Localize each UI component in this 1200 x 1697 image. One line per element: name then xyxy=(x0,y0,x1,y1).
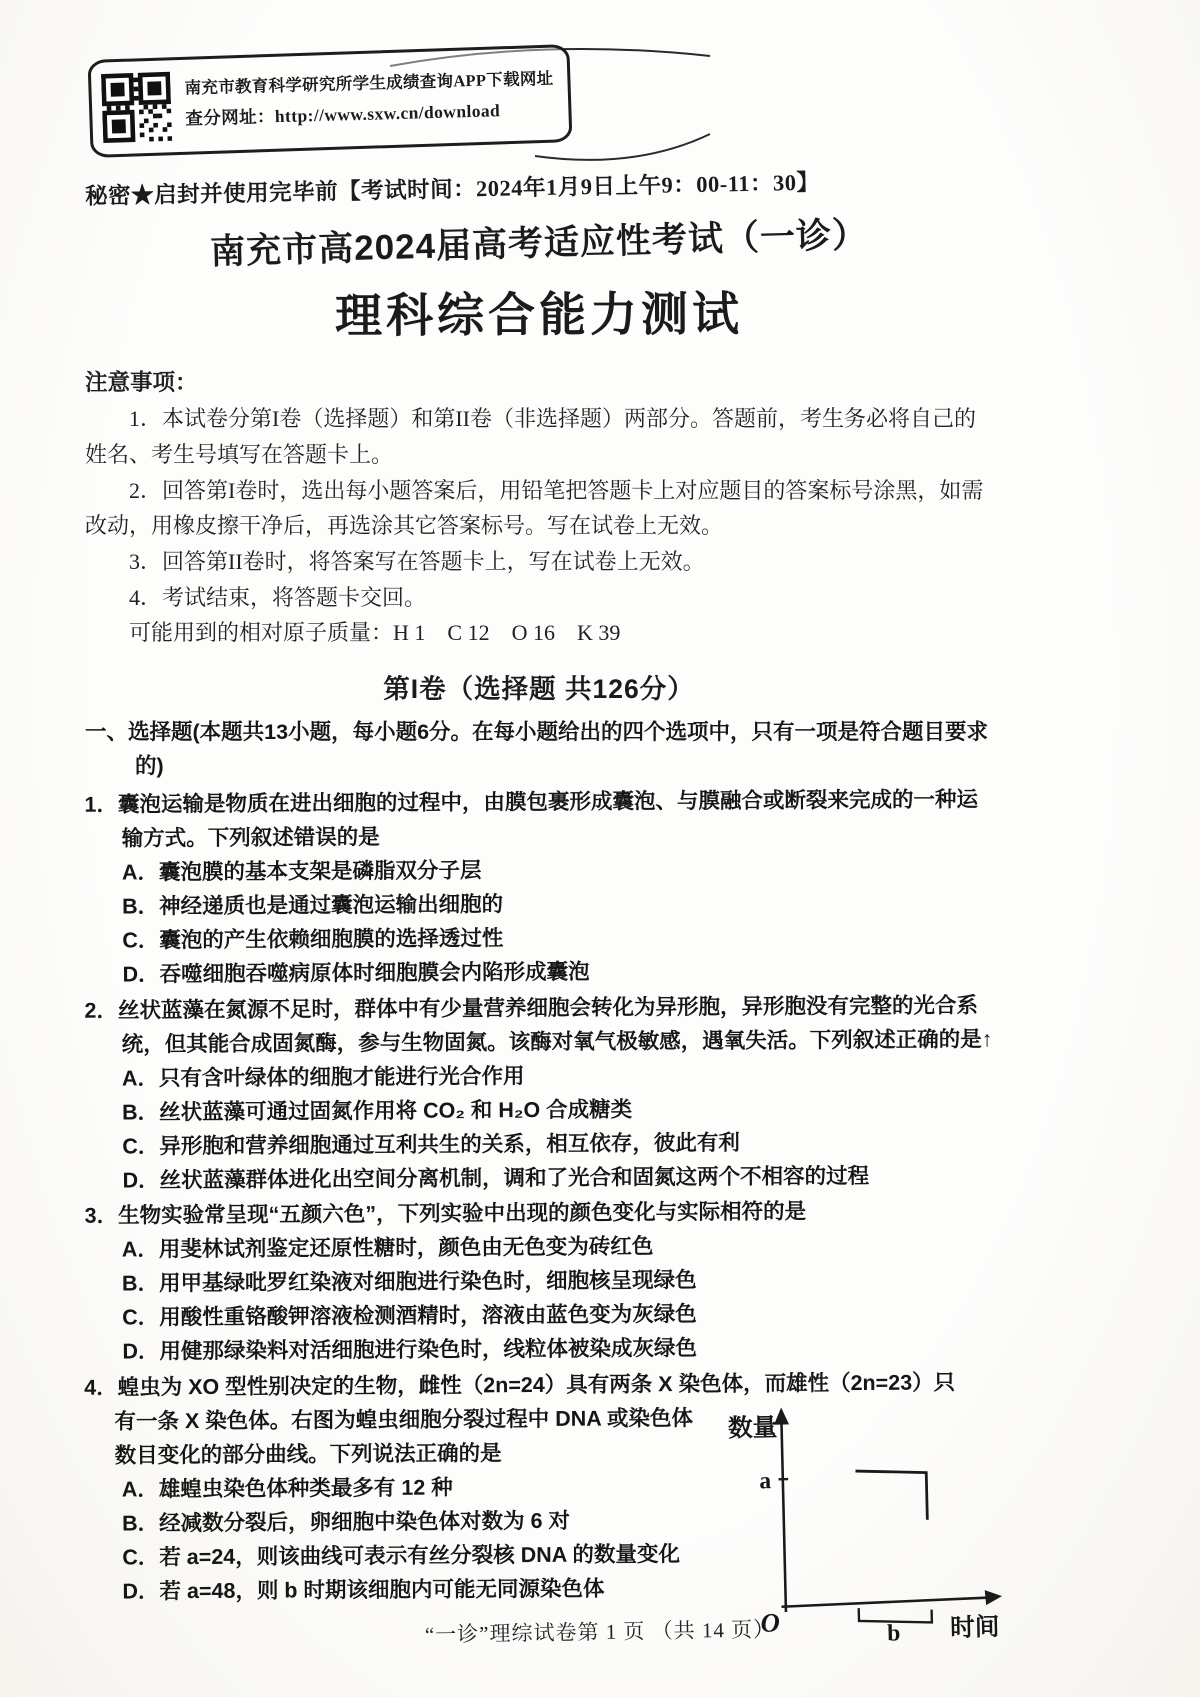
secrecy-exam-time-line: 秘密★启封并使用完毕前【考试时间：2024年1月9日上午9：00-11：30】 xyxy=(85,161,993,210)
section-heading: 第I卷（选择题 共126分） xyxy=(85,667,993,706)
question-number: 3． xyxy=(85,1204,119,1228)
qr-box-text: 南充市教育科学研究所学生成绩查询APP下载网址 查分网址：http://www.… xyxy=(184,64,554,135)
exam-title: 南充市高2024届高考适应性考试（一诊） xyxy=(85,204,994,278)
option-d: D．吞噬细胞吞噬病原体时细胞膜会内陷形成囊泡 xyxy=(85,953,993,993)
dna-count-curve xyxy=(855,1470,927,1522)
option-b: B．丝状蓝藻可通过固氮作用将 CO₂ 和 H₂O 合成糖类 xyxy=(85,1091,993,1131)
notice-item-4: 4．考试结束，将答题卡交回。 xyxy=(85,580,993,616)
multiple-choice-section: 一、选择题(本题共13小题，每小题6分。在每小题给出的四个选项中，只有一项是符合… xyxy=(85,716,993,1655)
section-intro: 一、选择题(本题共13小题，每小题6分。在每小题给出的四个选项中，只有一项是符合… xyxy=(85,716,993,784)
question-stem-text: 蝗虫为 XO 型性别决定的生物，雌性（2n=24）具有两条 X 染色体，而雄性（… xyxy=(118,1371,956,1400)
question-stem-continued: 有一条 X 染色体。右图为蝗虫细胞分裂过程中 DNA 或染色体数目变化的部分曲线… xyxy=(84,1402,696,1474)
question-stem: 2．丝状蓝藻在氮源不足时，群体中有少量营养细胞会转化为异形胞，异形胞没有完整的光… xyxy=(84,989,992,1062)
figure-ytick-label: a xyxy=(759,1468,772,1494)
question-stem: 1．囊泡运输是物质在进出细胞的过程中，由膜包裹形成囊泡、与膜融合或断裂来完成的一… xyxy=(84,783,992,856)
x-axis xyxy=(781,1598,989,1607)
qr-code-icon xyxy=(101,68,172,146)
question-stem-text: 囊泡运输是物质在进出细胞的过程中，由膜包裹形成囊泡、与膜融合或断裂来完成的一种运… xyxy=(118,787,978,850)
x-axis-arrow xyxy=(985,1590,1002,1605)
option-c: C．囊泡的产生依赖细胞膜的选择透过性 xyxy=(85,919,993,959)
y-axis xyxy=(781,1421,786,1613)
atomic-mass-line: 可能用到的相对原子质量：H 1 C 12 O 16 K 39 xyxy=(85,615,993,651)
notice-item-3: 3．回答第II卷时，将答案写在答题卡上，写在试卷上无效。 xyxy=(85,544,993,580)
qr-box-area: 南充市教育科学研究所学生成绩查询APP下载网址 查分网址：http://www.… xyxy=(85,52,993,150)
notice-heading: 注意事项： xyxy=(85,365,993,401)
subject-title: 理科综合能力测试 xyxy=(85,276,993,348)
question-3: 3．生物实验常呈现“五颜六色”，下列实验中出现的颜色变化与实际相符的是 A．用斐… xyxy=(84,1195,993,1370)
option-a: A．囊泡膜的基本支架是磷脂双分子层 xyxy=(85,851,993,891)
notice-item-2: 2．回答第I卷时，选出每小题答案后，用铅笔把答题卡上对应题目的答案标号涂黑，如需… xyxy=(85,473,993,544)
figure-y-label: 数量 xyxy=(728,1414,778,1443)
option-a: A．只有含叶绿体的细胞才能进行光合作用 xyxy=(85,1057,993,1097)
option-c: C．异形胞和营养细胞通过互利共生的关系，相互依存，彼此有利 xyxy=(85,1125,993,1165)
question-stem-text: 丝状蓝藻在氮源不足时，群体中有少量营养细胞会转化为异形胞，异形胞没有完整的光合系… xyxy=(118,993,993,1056)
option-d: D．用健那绿染料对活细胞进行染色时，线粒体被染成灰绿色 xyxy=(85,1330,993,1370)
question-2: 2．丝状蓝藻在氮源不足时，群体中有少量营养细胞会转化为异形胞，异形胞没有完整的光… xyxy=(84,989,993,1198)
option-d: D．丝状蓝藻群体进化出空间分离机制，调和了光合和固氮这两个不相容的过程 xyxy=(85,1159,993,1199)
question-number: 4． xyxy=(84,1376,118,1400)
question-stem-text: 生物实验常呈现“五颜六色”，下列实验中出现的颜色变化与实际相符的是 xyxy=(118,1200,806,1228)
qr-box: 南充市教育科学研究所学生成绩查询APP下载网址 查分网址：http://www.… xyxy=(88,44,573,158)
question-1: 1．囊泡运输是物质在进出细胞的过程中，由膜包裹形成囊泡、与膜融合或断裂来完成的一… xyxy=(84,783,993,992)
dna-quantity-time-chart: 数量 a O b 时间 xyxy=(727,1398,1028,1646)
notice-block: 注意事项： 1．本试卷分第I卷（选择题）和第II卷（非选择题）两部分。答题前，考… xyxy=(85,365,993,651)
notice-item-1: 1．本试卷分第I卷（选择题）和第II卷（非选择题）两部分。答题前，考生务必将自己… xyxy=(85,401,993,472)
page-content: 南充市教育科学研究所学生成绩查询APP下载网址 查分网址：http://www.… xyxy=(85,52,993,1655)
option-b: B．神经递质也是通过囊泡运输出细胞的 xyxy=(85,885,993,925)
question-number: 1． xyxy=(84,792,118,816)
exam-paper-page: 南充市教育科学研究所学生成绩查询APP下载网址 查分网址：http://www.… xyxy=(0,0,1200,1697)
question4-figure: 数量 a O b 时间 xyxy=(727,1398,1028,1646)
question-stem: 4．蝗虫为 XO 型性别决定的生物，雌性（2n=24）具有两条 X 染色体，而雄… xyxy=(84,1366,992,1406)
question-number: 2． xyxy=(84,998,118,1022)
